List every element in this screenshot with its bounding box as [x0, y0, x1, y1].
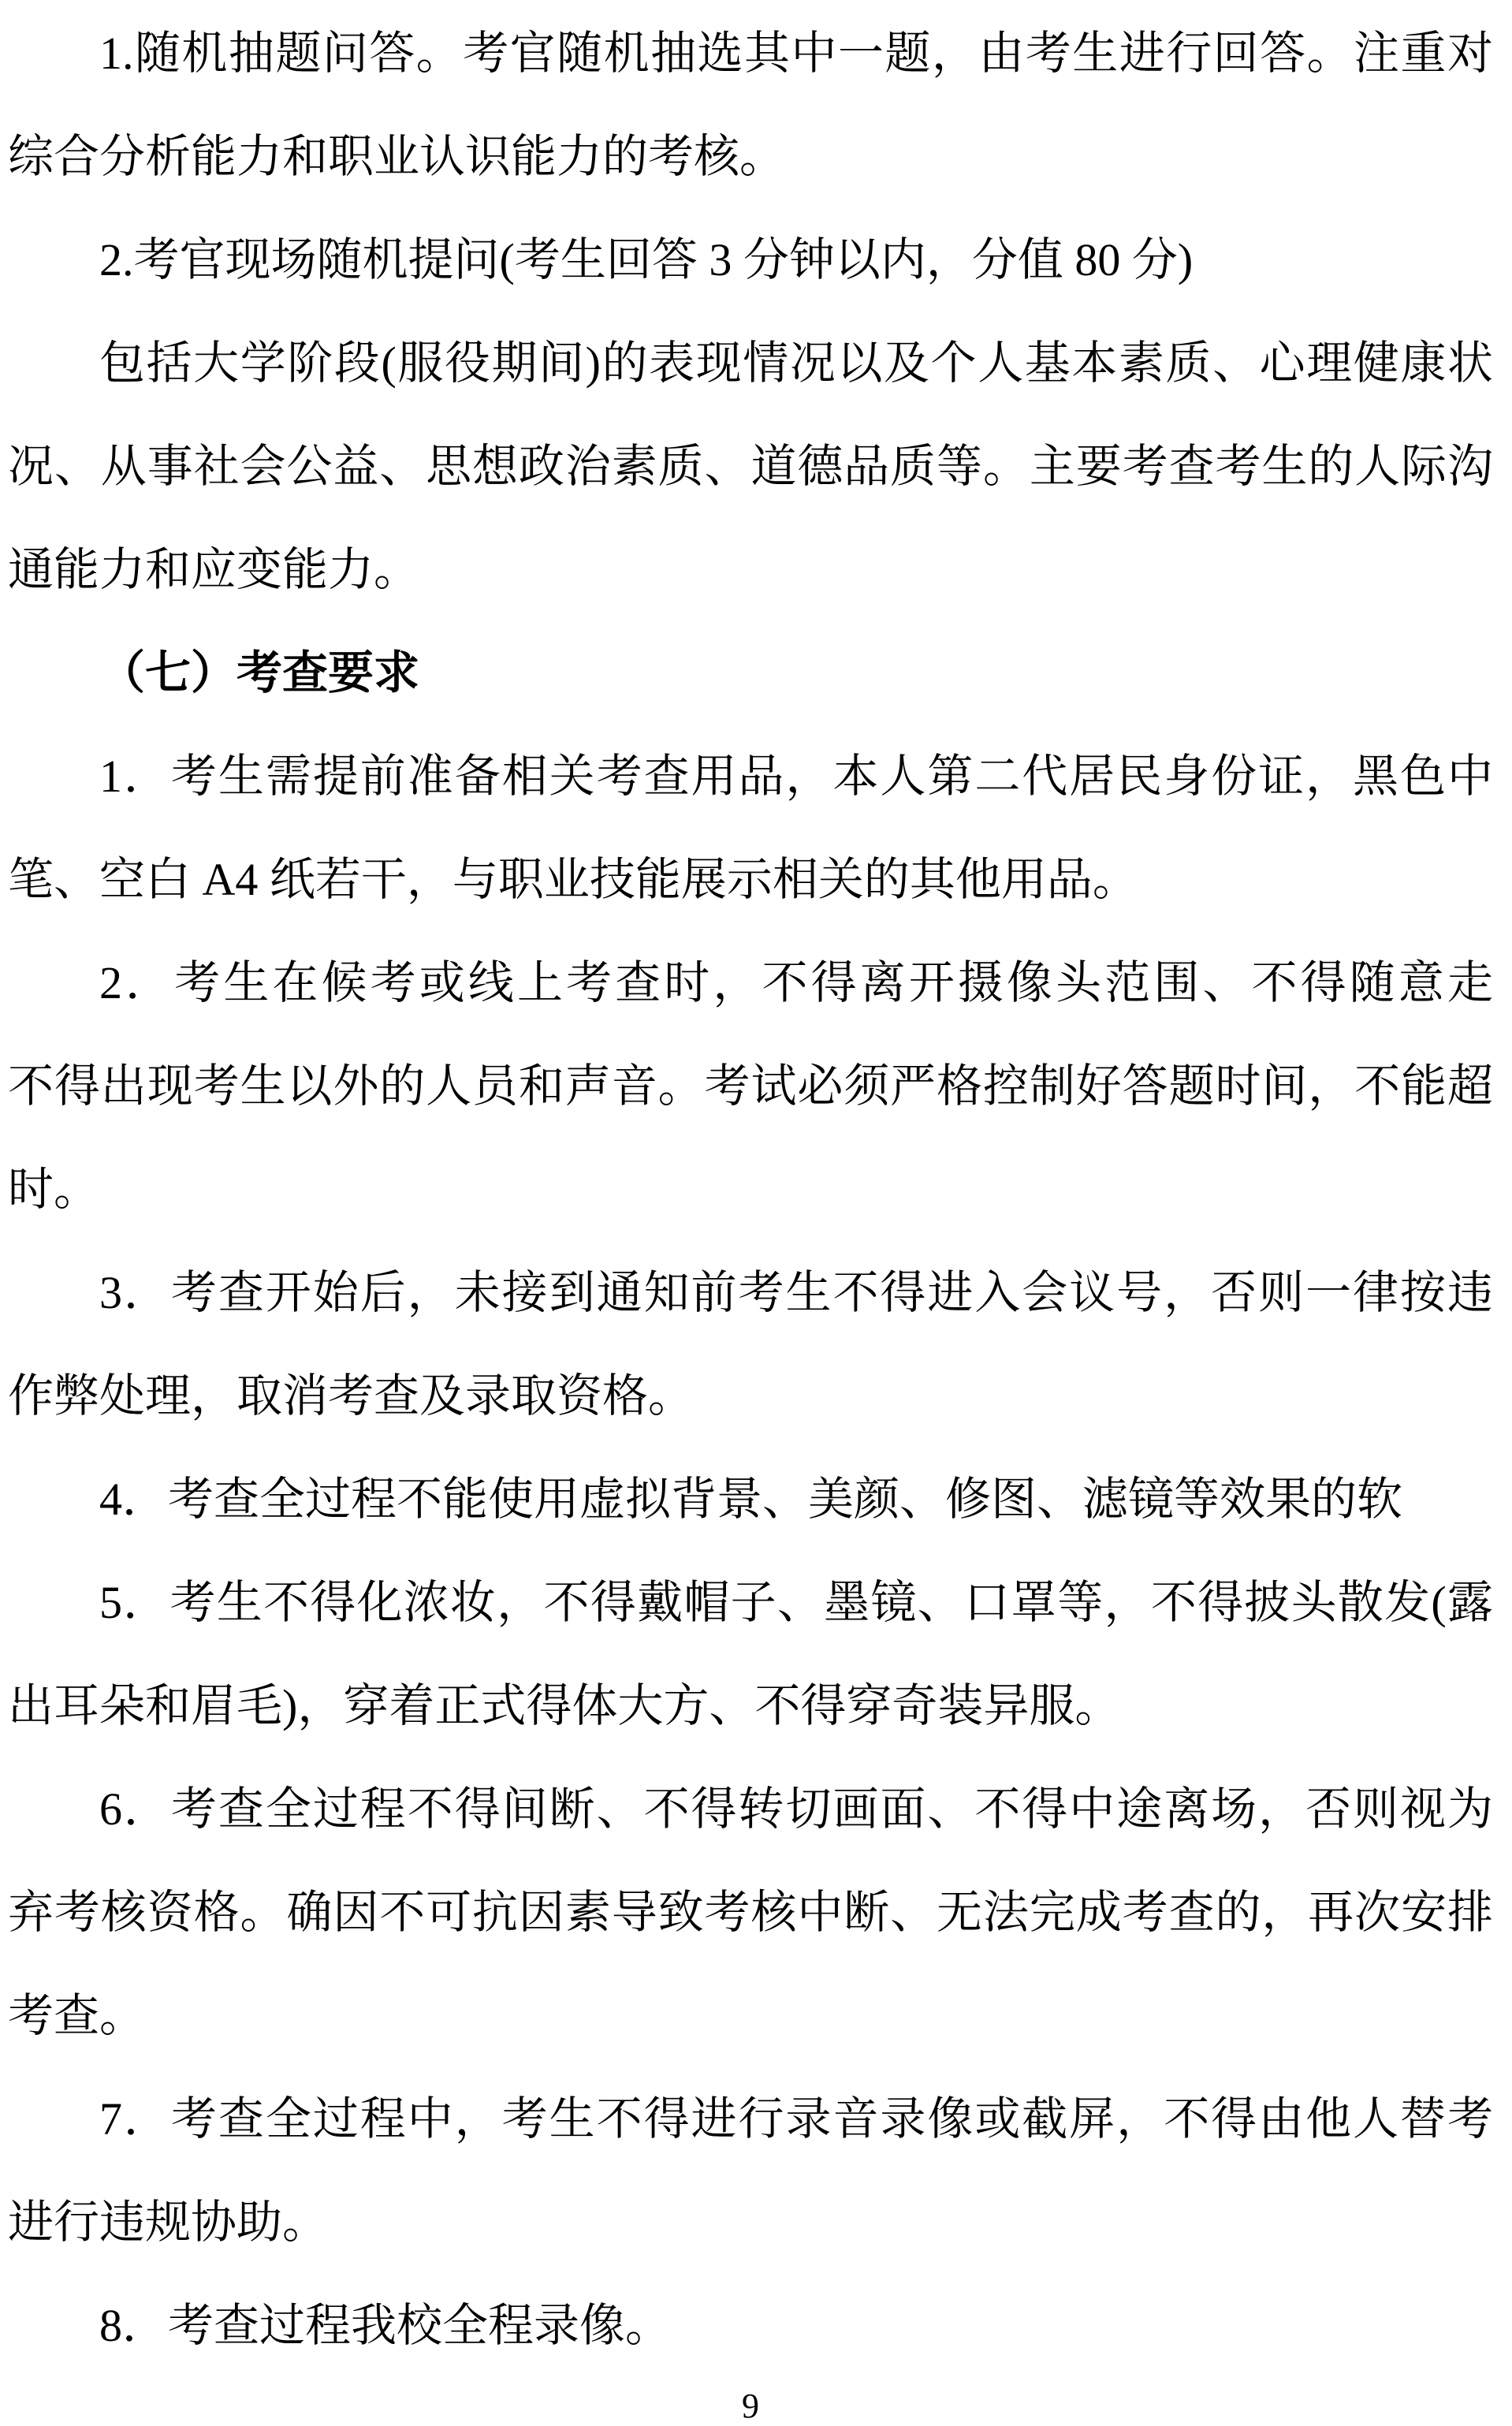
text-line: 笔、空白 A4 纸若干，与职业技能展示相关的其他用品。 — [8, 828, 1493, 931]
document-page: 1.随机抽题问答。考官随机抽选其中一题，由考生进行回答。注重对综合分析能力和职业… — [0, 0, 1512, 2426]
text-line: 况、从事社会公益、思想政治素质、道德品质等。主要考查考生的人际沟 — [8, 415, 1493, 518]
section-heading: （七）考查要求 — [8, 621, 1493, 725]
text-line: 5．考生不得化浓妆，不得戴帽子、墨镜、口罩等，不得披头散发(露 — [8, 1551, 1493, 1654]
text-line: 考查。 — [8, 1964, 1493, 2067]
document-body: 1.随机抽题问答。考官随机抽选其中一题，由考生进行回答。注重对综合分析能力和职业… — [8, 2, 1493, 2377]
text-line: 时。 — [8, 1138, 1493, 1241]
text-line: 进行违规协助。 — [8, 2171, 1493, 2274]
text-line: 4．考查全过程不能使用虚拟背景、美颜、修图、滤镜等效果的软件。 — [8, 1448, 1493, 1551]
text-line: 通能力和应变能力。 — [8, 518, 1493, 621]
text-line: 2.考官现场随机提问(考生回答 3 分钟以内，分值 80 分) — [8, 208, 1493, 311]
text-line: 综合分析能力和职业认识能力的考核。 — [8, 105, 1493, 208]
text-line: 弃考核资格。确因不可抗因素导致考核中断、无法完成考查的，再次安排 — [8, 1861, 1493, 1964]
text-line: 出耳朵和眉毛)，穿着正式得体大方、不得穿奇装异服。 — [8, 1654, 1493, 1757]
text-line: 7．考查全过程中，考生不得进行录音录像或截屏，不得由他人替考或 — [8, 2067, 1493, 2171]
text-line: 作弊处理，取消考查及录取资格。 — [8, 1344, 1493, 1448]
text-line: 1．考生需提前准备相关考查用品，本人第二代居民身份证，黑色中性 — [8, 725, 1493, 828]
text-line: 8．考查过程我校全程录像。 — [8, 2274, 1493, 2377]
page-number: 9 — [8, 2387, 1493, 2426]
text-line: 1.随机抽题问答。考官随机抽选其中一题，由考生进行回答。注重对 — [8, 2, 1493, 105]
text-line: 包括大学阶段(服役期间)的表现情况以及个人基本素质、心理健康状 — [8, 311, 1493, 415]
text-line: 2．考生在候考或线上考查时，不得离开摄像头范围、不得随意走动、 — [8, 931, 1493, 1034]
text-line: 6．考查全过程不得间断、不得转切画面、不得中途离场，否则视为放 — [8, 1757, 1493, 1861]
text-line: 3．考查开始后，未接到通知前考生不得进入会议号，否则一律按违规 — [8, 1241, 1493, 1344]
text-line: 不得出现考生以外的人员和声音。考试必须严格控制好答题时间，不能超 — [8, 1034, 1493, 1138]
